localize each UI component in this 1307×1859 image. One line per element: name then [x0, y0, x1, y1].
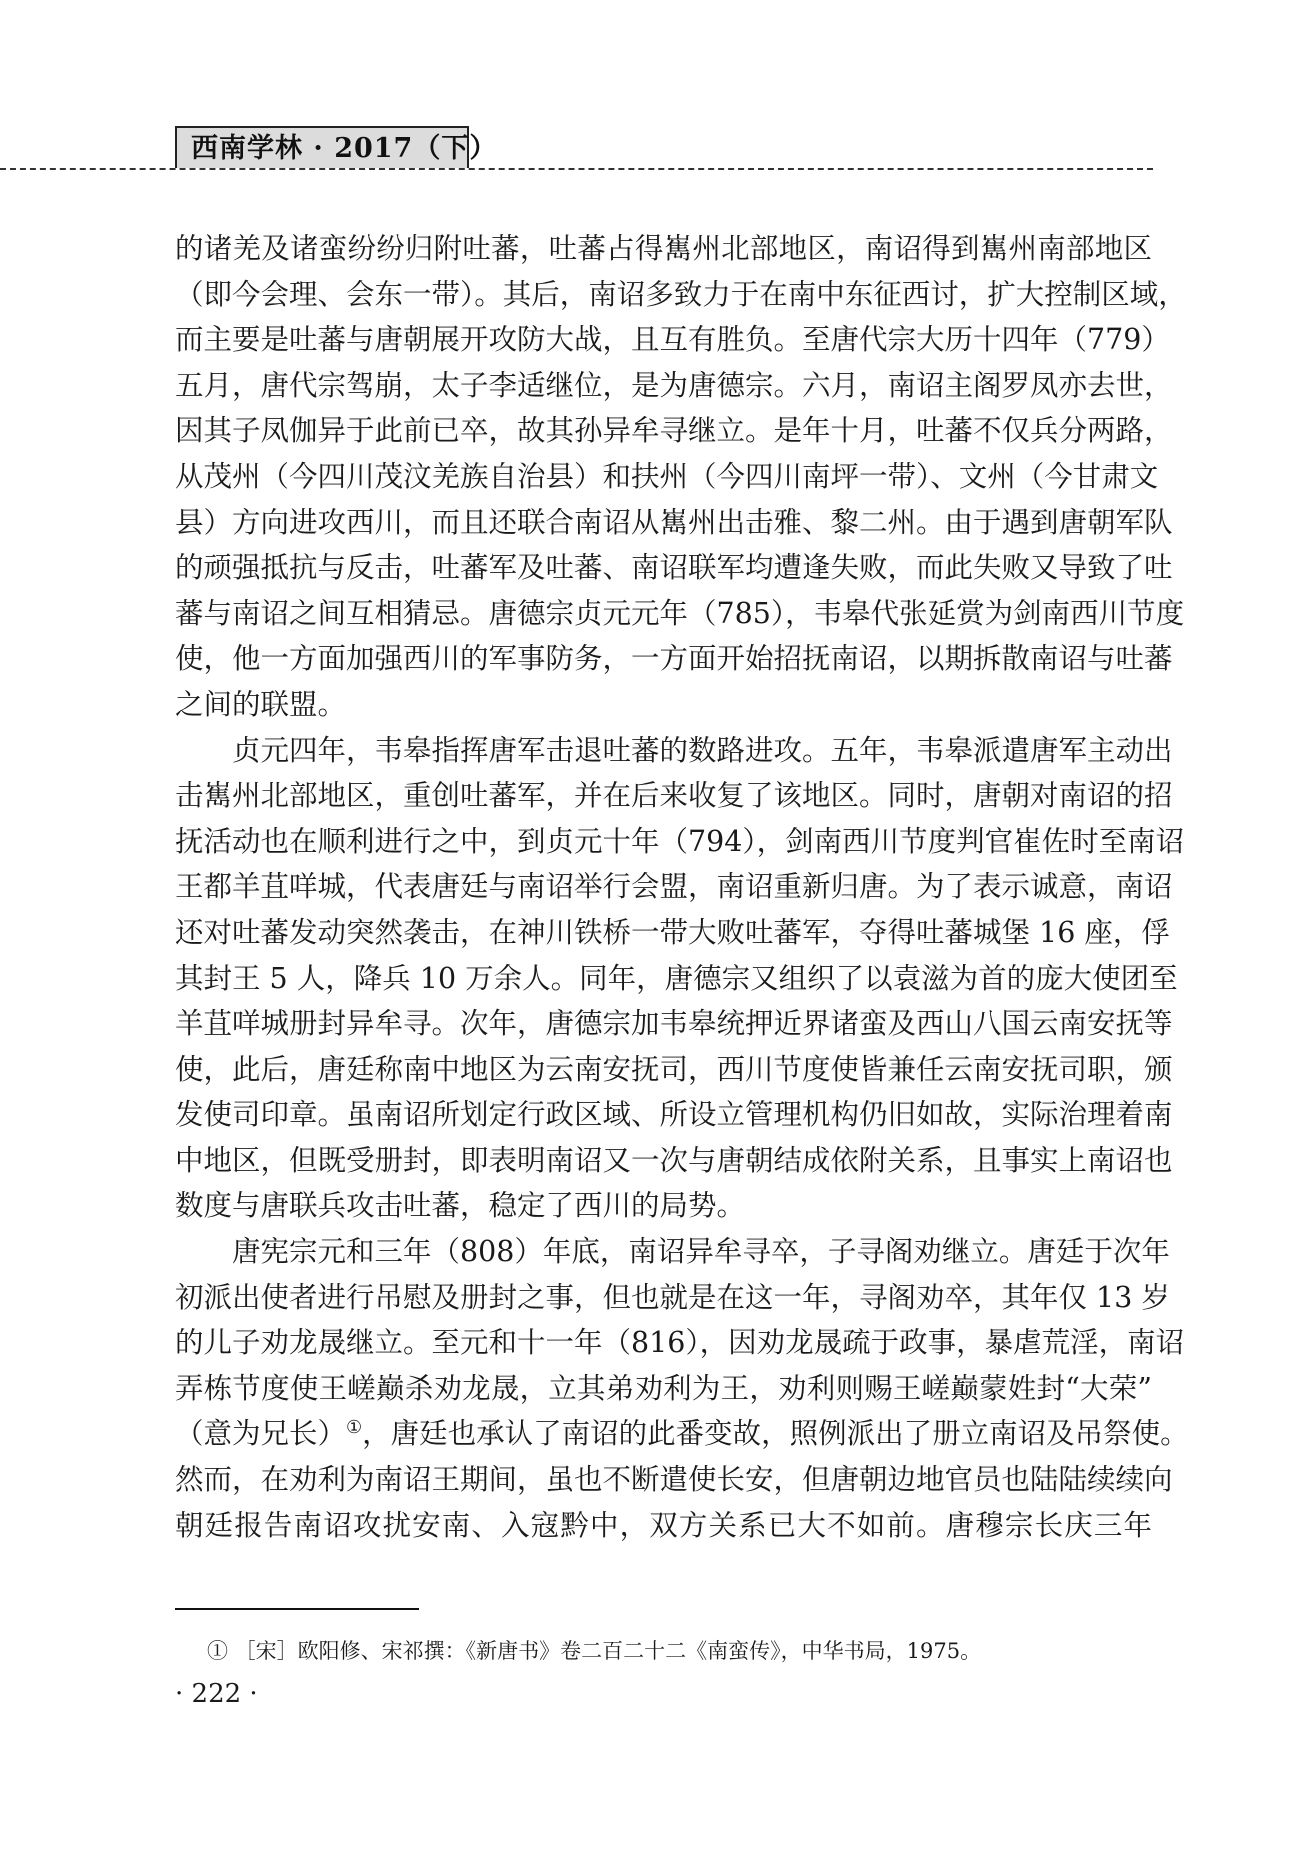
header-dashed-rule	[0, 168, 1153, 170]
text-line: 弄栋节度使王嵯巅杀劝龙晟，立其弟劝利为王，劝利则赐王嵯巅蒙姓封“大荣”	[175, 1366, 1152, 1412]
text-line: 发使司印章。虽南诏所划定行政区域、所设立管理机构仍旧如故，实际治理着南	[175, 1092, 1152, 1138]
journal-title-box: 西南学林 · 2017（下）	[175, 126, 469, 168]
text-line: 而主要是吐蕃与唐朝展开攻防大战，且互有胜负。至唐代宗大历十四年（779）	[175, 317, 1152, 363]
paragraph-start-line: 贞元四年，韦皋指挥唐军击退吐蕃的数路进攻。五年，韦皋派遣唐军主动出	[175, 728, 1152, 774]
text-line: 使，此后，唐廷称南中地区为云南安抚司，西川节度使皆兼任云南安抚司职，颁	[175, 1047, 1152, 1093]
text-line: 蕃与南诏之间互相猜忌。唐德宗贞元元年（785），韦皋代张延赏为剑南西川节度	[175, 591, 1152, 637]
text-line: 然而，在劝利为南诏王期间，虽也不断遣使长安，但唐朝边地官员也陆陆续续向	[175, 1457, 1152, 1503]
article-body: 的诸羌及诸蛮纷纷归附吐蕃，吐蕃占得嶲州北部地区，南诏得到嶲州南部地区 （即今会理…	[175, 226, 1152, 1548]
text-line: （即今会理、会东一带）。其后，南诏多致力于在南中东征西讨，扩大控制区域，	[175, 272, 1152, 318]
text-line: 从茂州（今四川茂汶羌族自治县）和扶州（今四川南坪一带）、文州（今甘肃文	[175, 454, 1152, 500]
text-line: 的儿子劝龙晟继立。至元和十一年（816），因劝龙晟疏于政事，暴虐荒淫，南诏	[175, 1320, 1152, 1366]
text-line: 其封王 5 人，降兵 10 万余人。同年，唐德宗又组织了以袁滋为首的庞大使团至	[175, 956, 1152, 1002]
page-number: · 222 ·	[175, 1678, 258, 1710]
text-line: 数度与唐联兵攻击吐蕃，稳定了西川的局势。	[175, 1183, 1152, 1229]
text-line: 抚活动也在顺利进行之中，到贞元十年（794），剑南西川节度判官崔佐时至南诏	[175, 819, 1152, 865]
text-line: 初派出使者进行吊慰及册封之事，但也就是在这一年，寻阁劝卒，其年仅 13 岁	[175, 1275, 1152, 1321]
text-line: 的顽强抵抗与反击，吐蕃军及吐蕃、南诏联军均遭逢失败，而此失败又导致了吐	[175, 545, 1152, 591]
text-line: 中地区，但既受册封，即表明南诏又一次与唐朝结成依附关系，且事实上南诏也	[175, 1138, 1152, 1184]
text-line: 羊苴咩城册封异牟寻。次年，唐德宗加韦皋统押近界诸蛮及西山八国云南安抚等	[175, 1001, 1152, 1047]
text-segment: （意为兄长）	[175, 1417, 346, 1450]
text-line: 使，他一方面加强西川的军事防务，一方面开始招抚南诏，以期拆散南诏与吐蕃	[175, 636, 1152, 682]
text-line: 县）方向进攻西川，而且还联合南诏从嶲州出击雅、黎二州。由于遇到唐朝军队	[175, 500, 1152, 546]
text-line: 还对吐蕃发动突然袭击，在神川铁桥一带大败吐蕃军，夺得吐蕃城堡 16 座，俘	[175, 910, 1152, 956]
text-line: 之间的联盟。	[175, 682, 1152, 728]
paragraph-start-line: 唐宪宗元和三年（808）年底，南诏异牟寻卒，子寻阁劝继立。唐廷于次年	[175, 1229, 1152, 1275]
text-line: 五月，唐代宗驾崩，太子李适继位，是为唐德宗。六月，南诏主阁罗凤亦去世，	[175, 363, 1152, 409]
footnote-reference-link[interactable]: ①	[346, 1417, 362, 1438]
text-line: 朝廷报告南诏攻扰安南、入寇黔中，双方关系已大不如前。唐穆宗长庆三年	[175, 1503, 1152, 1549]
text-line: 王都羊苴咩城，代表唐廷与南诏举行会盟，南诏重新归唐。为了表示诚意，南诏	[175, 864, 1152, 910]
text-line-with-footnote-ref: （意为兄长）①，唐廷也承认了南诏的此番变故，照例派出了册立南诏及吊祭使。	[175, 1411, 1152, 1457]
footnote-separator-rule	[175, 1608, 419, 1610]
footnote-1: ① ［宋］欧阳修、宋祁撰：《新唐书》卷二百二十二《南蛮传》，中华书局，1975。	[207, 1636, 981, 1666]
text-segment: ，唐廷也承认了南诏的此番变故，照例派出了册立南诏及吊祭使。	[362, 1417, 1189, 1450]
text-line: 因其子凤伽异于此前已卒，故其孙异牟寻继立。是年十月，吐蕃不仅兵分两路，	[175, 408, 1152, 454]
text-line: 的诸羌及诸蛮纷纷归附吐蕃，吐蕃占得嶲州北部地区，南诏得到嶲州南部地区	[175, 226, 1152, 272]
running-head: 西南学林 · 2017（下）	[0, 126, 1153, 170]
text-line: 击嶲州北部地区，重创吐蕃军，并在后来收复了该地区。同时，唐朝对南诏的招	[175, 773, 1152, 819]
